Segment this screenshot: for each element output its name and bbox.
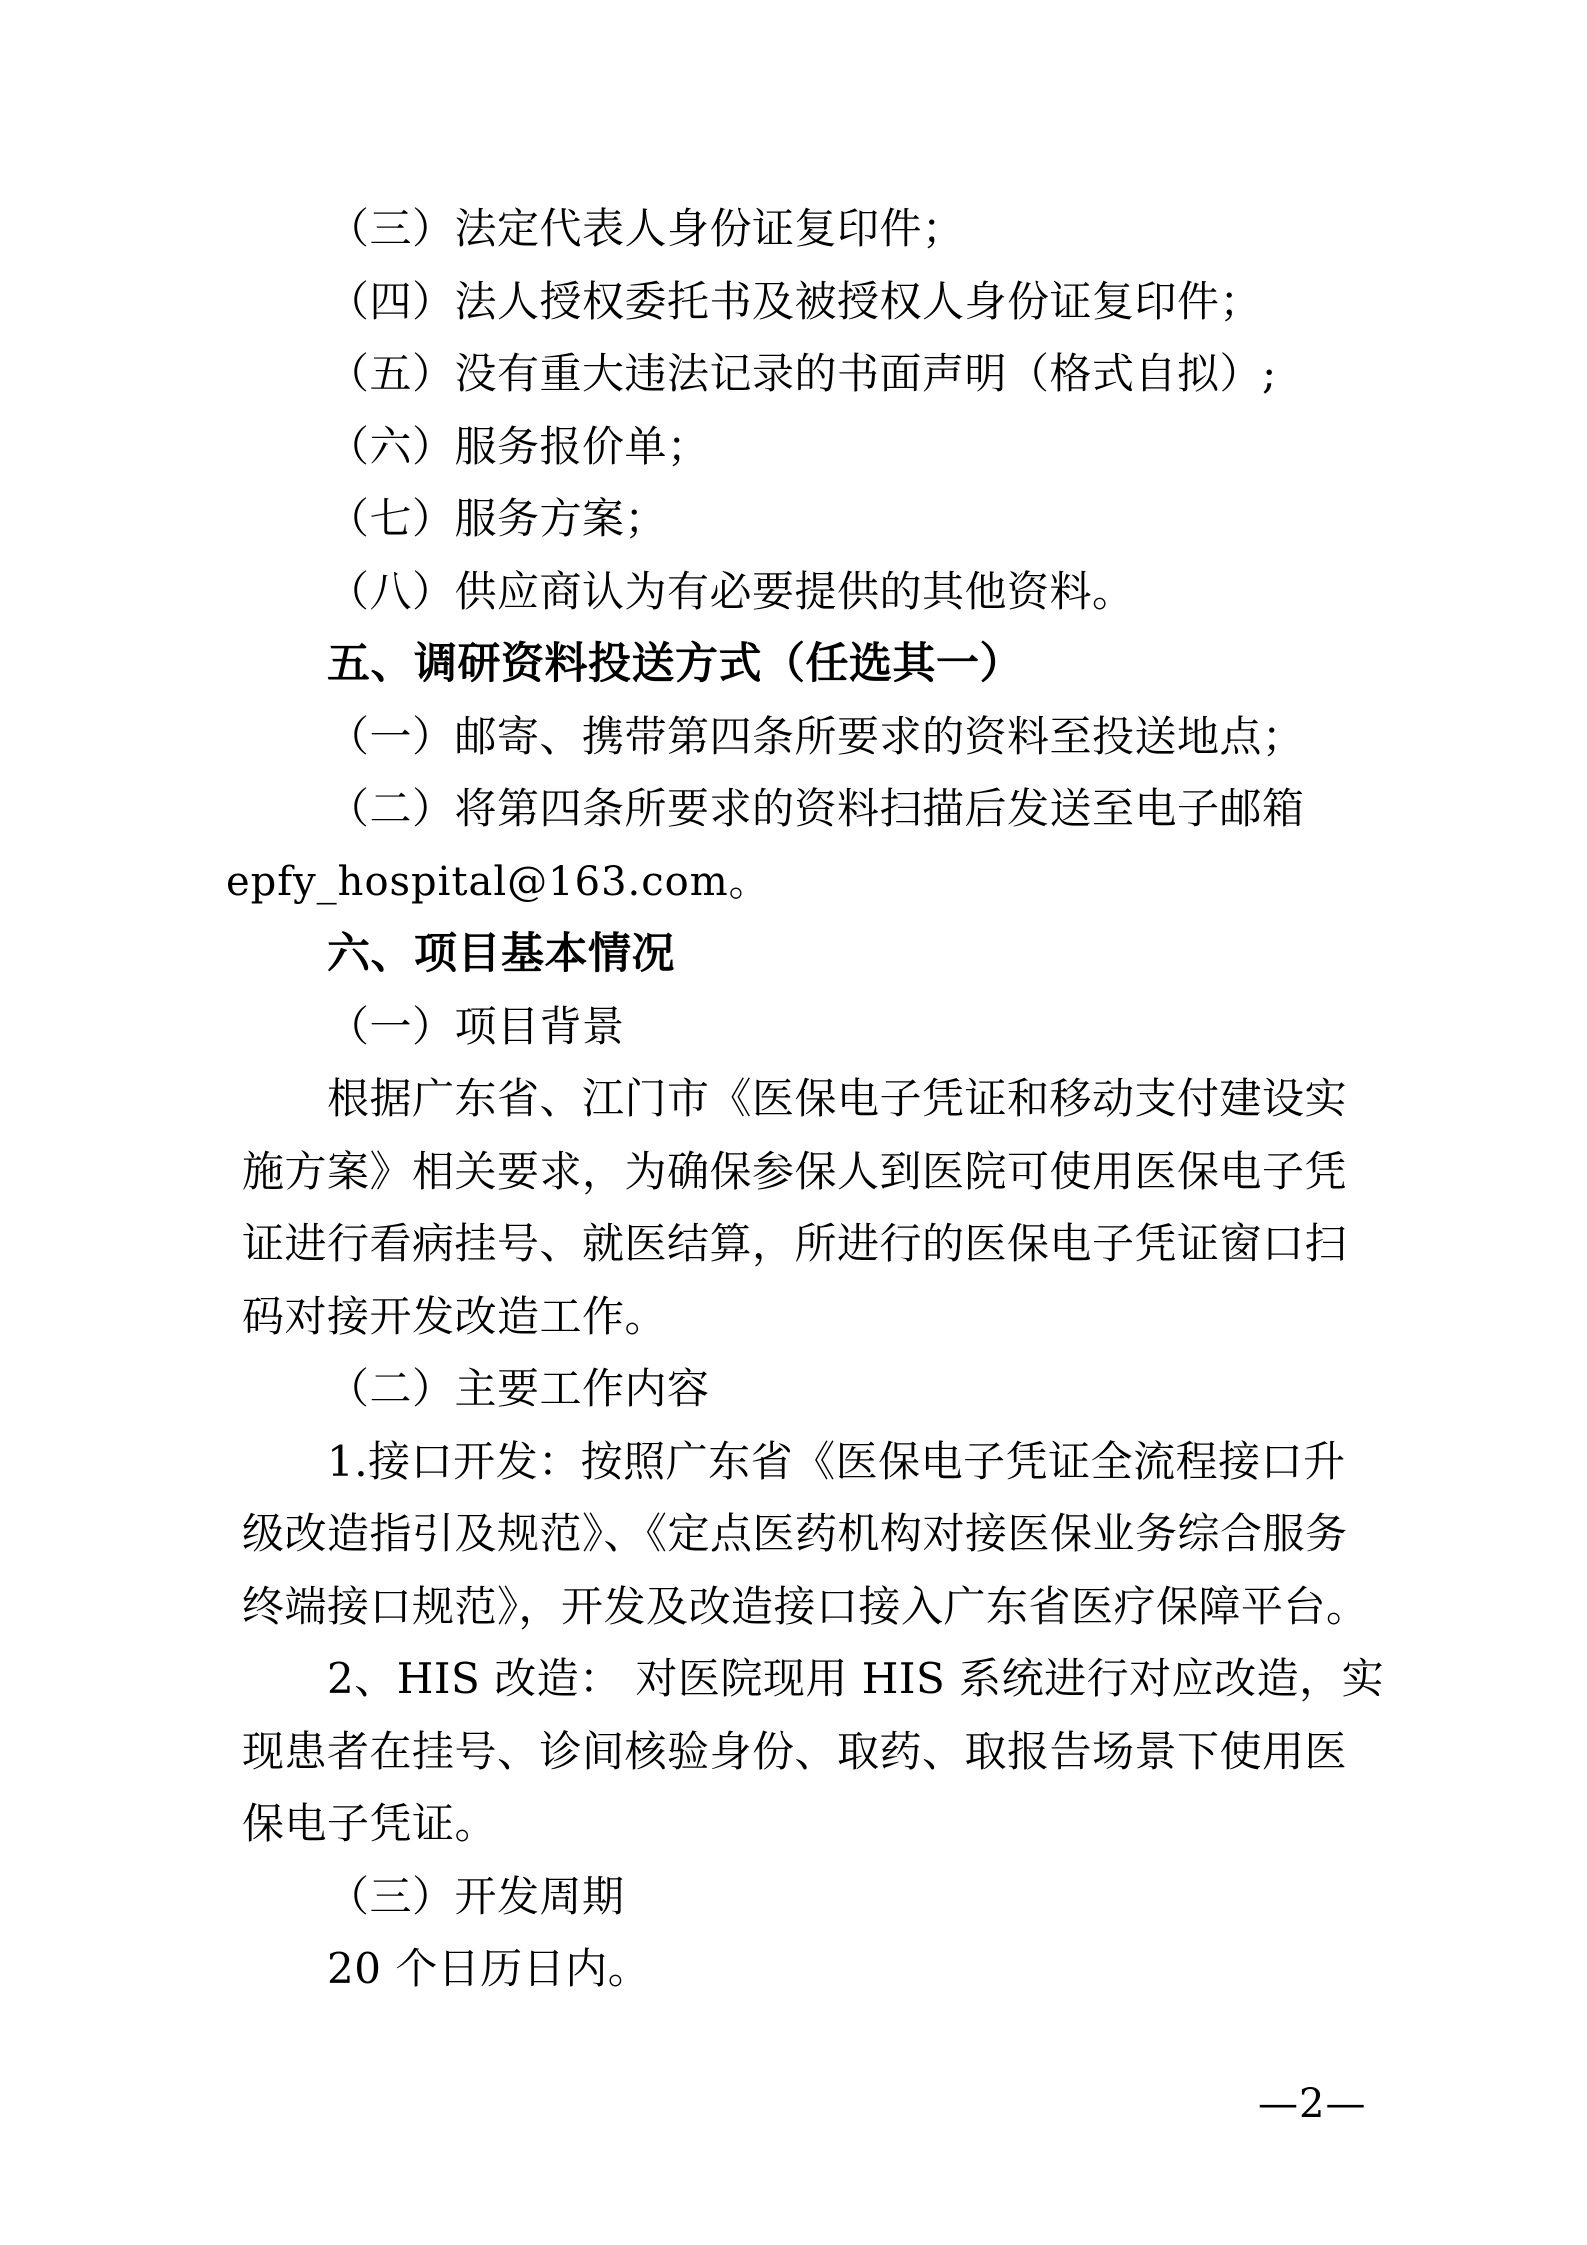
list-item-7: （七）服务方案； — [242, 483, 1362, 556]
paragraph-work-item-2-line-2: 现患者在挂号、诊间核验身份、取药、取报告场景下使用医 — [242, 1716, 1362, 1789]
paragraph-background-line-2: 施方案》相关要求，为确保参保人到医院可使用医保电子凭 — [242, 1136, 1362, 1209]
section-heading-6: 六、项目基本情况 — [242, 918, 1362, 991]
subheading-dev-period: （三）开发周期 — [242, 1861, 1362, 1934]
document-text-block: （三）法定代表人身份证复印件； （四）法人授权委托书及被授权人身份证复印件； （… — [242, 193, 1362, 2006]
paragraph-work-item-1-line-2: 级改造指引及规范》、《定点医药机构对接医保业务综合服务 — [242, 1498, 1362, 1571]
list-item-4: （四）法人授权委托书及被授权人身份证复印件； — [242, 266, 1362, 339]
subheading-project-background: （一）项目背景 — [242, 991, 1362, 1064]
list-item-5: （五）没有重大违法记录的书面声明（格式自拟）; — [242, 338, 1362, 411]
paragraph-work-item-1-line-3: 终端接口规范》，开发及改造接口接入广东省医疗保障平台。 — [242, 1571, 1362, 1644]
paragraph-work-item-2-line-3: 保电子凭证。 — [242, 1788, 1362, 1861]
section-heading-5: 五、调研资料投送方式（任选其一） — [242, 628, 1362, 701]
paragraph-dev-period: 20 个日历日内。 — [242, 1933, 1362, 2006]
document-page: （三）法定代表人身份证复印件； （四）法人授权委托书及被授权人身份证复印件； （… — [0, 0, 1587, 2245]
list-item-8: （八）供应商认为有必要提供的其他资料。 — [242, 556, 1362, 629]
subheading-main-work: （二）主要工作内容 — [242, 1353, 1362, 1426]
list-item-3: （三）法定代表人身份证复印件； — [242, 193, 1362, 266]
email-address: epfy_hospital@163.com。 — [226, 846, 1362, 919]
paragraph-work-item-1-line-1: 1.接口开发：按照广东省《医保电子凭证全流程接口升 — [242, 1426, 1362, 1499]
paragraph-background-line-1: 根据广东省、江门市《医保电子凭证和移动支付建设实 — [242, 1063, 1362, 1136]
list-item-2-scan-option: （二）将第四条所要求的资料扫描后发送至电子邮箱 — [242, 773, 1362, 846]
list-item-6: （六）服务报价单； — [242, 411, 1362, 484]
paragraph-background-line-3: 证进行看病挂号、就医结算，所进行的医保电子凭证窗口扫 — [242, 1208, 1362, 1281]
list-item-1-mail-option: （一）邮寄、携带第四条所要求的资料至投送地点； — [242, 701, 1362, 774]
paragraph-work-item-2-line-1: 2、HIS 改造： 对医院现用 HIS 系统进行对应改造，实 — [242, 1643, 1362, 1716]
paragraph-background-line-4: 码对接开发改造工作。 — [242, 1281, 1362, 1354]
page-number: —2— — [1258, 2082, 1366, 2126]
